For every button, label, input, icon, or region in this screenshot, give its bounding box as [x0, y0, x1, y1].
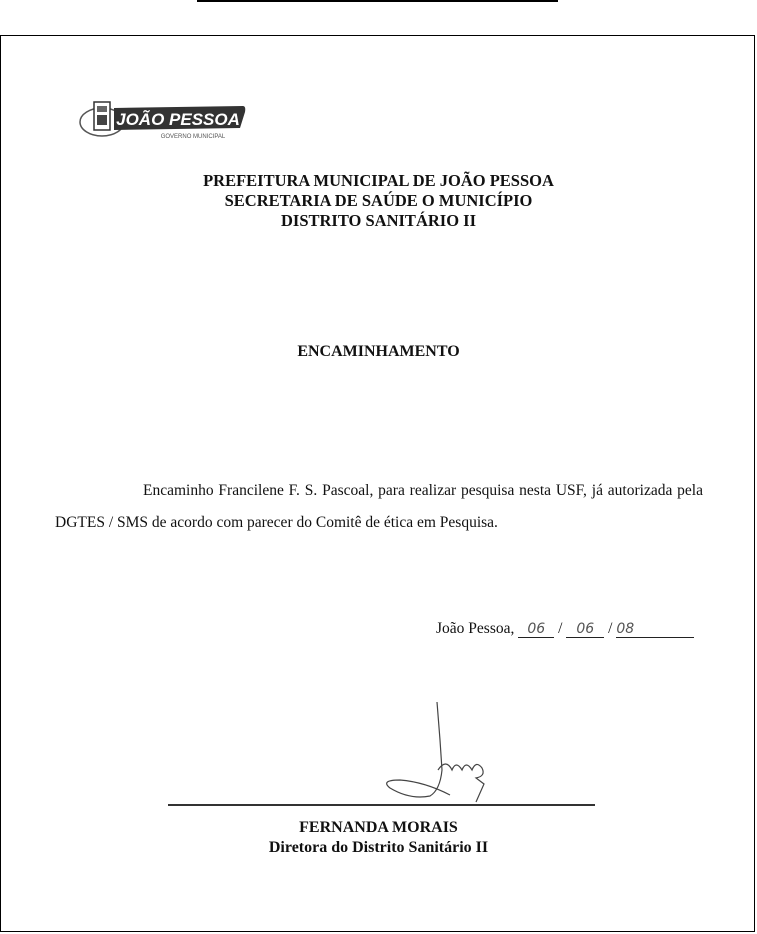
header-line-1: PREFEITURA MUNICIPAL DE JOÃO PESSOA: [0, 171, 757, 191]
top-rule: [197, 0, 558, 2]
signature-line: [168, 804, 595, 806]
header-line-2: SECRETARIA DE SAÚDE O MUNICÍPIO: [0, 191, 757, 211]
signature: [380, 700, 500, 805]
date-sep-2: /: [608, 620, 612, 637]
date-place: João Pessoa,: [436, 620, 514, 637]
svg-text:GOVERNO MUNICIPAL: GOVERNO MUNICIPAL: [161, 134, 226, 140]
signer-role: Diretora do Distrito Sanitário II: [0, 838, 757, 858]
letterhead: PREFEITURA MUNICIPAL DE JOÃO PESSOA SECR…: [0, 171, 757, 231]
body-paragraph: Encaminho Francilene F. S. Pascoal, para…: [55, 475, 703, 539]
logo: JOÃO PESSOA GOVERNO MUNICIPAL: [78, 98, 248, 140]
body-text: Encaminho Francilene F. S. Pascoal, para…: [55, 482, 703, 531]
date-month: 06: [566, 621, 604, 638]
date-sep-1: /: [558, 620, 562, 637]
svg-text:JOÃO PESSOA: JOÃO PESSOA: [116, 109, 240, 129]
date-line: João Pessoa, 06 / 06 / 08: [436, 620, 694, 638]
document-title: ENCAMINHAMENTO: [0, 343, 757, 361]
date-year: 08: [616, 621, 694, 638]
signer-name: FERNANDA MORAIS: [0, 818, 757, 838]
header-line-3: DISTRITO SANITÁRIO II: [0, 211, 757, 231]
signer-block: FERNANDA MORAIS Diretora do Distrito San…: [0, 818, 757, 858]
date-day: 06: [518, 621, 554, 638]
